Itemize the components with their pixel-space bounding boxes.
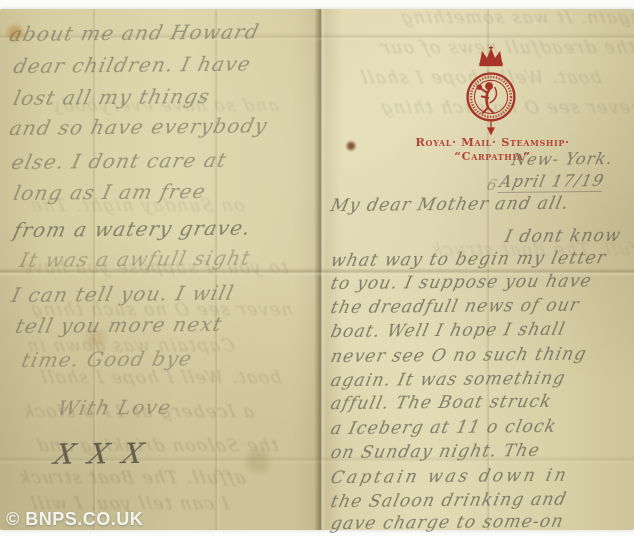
bnps-watermark: © BNPS.CO.UK — [6, 509, 143, 530]
handwriting-kisses: XXX — [51, 437, 160, 471]
handwriting-date: April 17/19 — [498, 171, 607, 191]
handwriting-line: Captain was down in — [329, 466, 571, 488]
handwriting-line: about me and Howard — [7, 19, 262, 46]
handwriting-line: time. Good bye — [19, 346, 195, 372]
handwriting-line: gave charge to some-on — [329, 512, 566, 534]
handwriting-line: I dont know — [503, 226, 623, 247]
bleedthrough-line: again. It was something — [398, 8, 634, 28]
handwriting-line: It was a awfull sight — [17, 246, 253, 272]
handwriting-line: the dreadfull news of our — [329, 295, 582, 318]
handwriting-line: dear children. I have — [11, 52, 253, 78]
handwriting-line: what way to begin my letter — [329, 248, 609, 271]
handwriting-line: I can tell you. I will — [9, 281, 236, 307]
handwriting-line: long as I am free — [11, 179, 208, 205]
handwriting-line: boat. Well I hope I shall — [329, 320, 568, 342]
handwriting-line: never see O no such thing — [329, 344, 589, 367]
handwriting-line: a Iceberg at 11 o clock — [329, 417, 559, 439]
handwriting-line: on Sunday night. The — [329, 441, 542, 463]
handwriting-line: tell you more next — [13, 312, 225, 338]
handwriting-line: to you. I suppose you have — [329, 271, 594, 294]
handwriting-line: again. It was something — [329, 369, 568, 391]
handwriting-closing: With Love — [55, 395, 174, 420]
handwriting-line: the Saloon drinking and — [329, 490, 569, 512]
handwriting-line: affull. The Boat struck — [329, 392, 554, 414]
handwriting-line: from a watery grave. — [11, 216, 253, 242]
handwriting-line: and so have everybody — [7, 113, 270, 140]
handwriting-place: New- York. — [510, 149, 615, 169]
handwriting-line: else. I dont care at — [9, 148, 229, 174]
handwriting-line: lost all my things — [11, 84, 212, 110]
cunard-lion-crest-icon — [452, 46, 530, 140]
letter-photo: again. It was something the dreadfull ne… — [0, 0, 634, 536]
handwriting-line: My dear Mother and all. — [329, 194, 571, 216]
